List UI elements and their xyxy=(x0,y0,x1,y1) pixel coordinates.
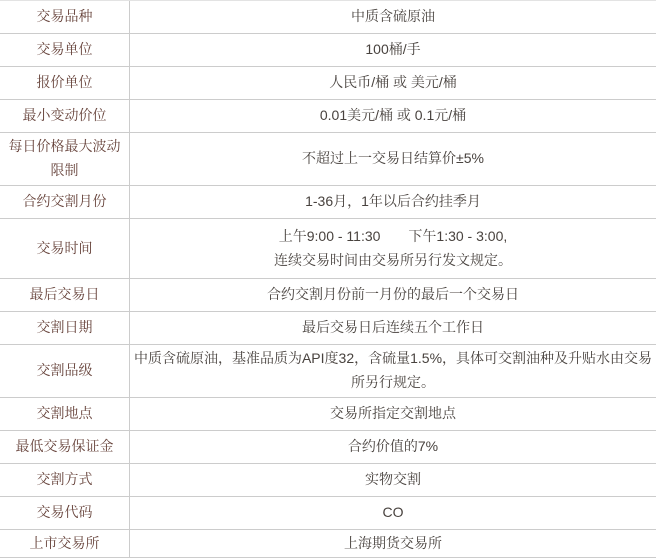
table-row: 报价单位 人民币/桶 或 美元/桶 xyxy=(0,67,656,100)
row-value: 上海期货交易所 xyxy=(130,530,656,557)
row-label: 交割方式 xyxy=(0,464,130,496)
row-label: 上市交易所 xyxy=(0,530,130,557)
row-label: 交易时间 xyxy=(0,219,130,278)
row-value: 交易所指定交割地点 xyxy=(130,398,656,430)
table-row: 交易品种 中质含硫原油 xyxy=(0,1,656,34)
row-label: 交易单位 xyxy=(0,34,130,66)
table-row: 交易代码 CO xyxy=(0,497,656,530)
table-row: 交割地点 交易所指定交割地点 xyxy=(0,398,656,431)
row-label: 最低交易保证金 xyxy=(0,431,130,463)
table-row: 最低交易保证金 合约价值的7% xyxy=(0,431,656,464)
row-value: 0.01美元/桶 或 0.1元/桶 xyxy=(130,100,656,132)
row-label: 交易品种 xyxy=(0,1,130,33)
row-value: 合约价值的7% xyxy=(130,431,656,463)
row-label: 报价单位 xyxy=(0,67,130,99)
row-value: 1-36月，1年以后合约挂季月 xyxy=(130,186,656,218)
row-value: 人民币/桶 或 美元/桶 xyxy=(130,67,656,99)
contract-spec-page: 交易品种 中质含硫原油 交易单位 100桶/手 报价单位 人民币/桶 或 美元/… xyxy=(0,0,656,559)
table-row: 最小变动价位 0.01美元/桶 或 0.1元/桶 xyxy=(0,100,656,133)
table-row: 交易单位 100桶/手 xyxy=(0,34,656,67)
table-row: 交割日期 最后交易日后连续五个工作日 xyxy=(0,312,656,345)
row-value: 合约交割月份前一月份的最后一个交易日 xyxy=(130,279,656,311)
row-label: 交易代码 xyxy=(0,497,130,529)
row-label: 每日价格最大波动 限制 xyxy=(0,133,130,185)
table-row: 最后交易日 合约交割月份前一月份的最后一个交易日 xyxy=(0,279,656,312)
row-label: 最小变动价位 xyxy=(0,100,130,132)
row-label: 交割日期 xyxy=(0,312,130,344)
table-row: 交割品级 中质含硫原油，基准品质为API度32，含硫量1.5%，具体可交割油种及… xyxy=(0,345,656,398)
row-value: 实物交割 xyxy=(130,464,656,496)
spec-table: 交易品种 中质含硫原油 交易单位 100桶/手 报价单位 人民币/桶 或 美元/… xyxy=(0,0,656,558)
table-row: 交易时间 上午9:00 - 11:30 下午1:30 - 3:00, 连续交易时… xyxy=(0,219,656,279)
table-row: 合约交割月份 1-36月，1年以后合约挂季月 xyxy=(0,186,656,219)
table-row: 交割方式 实物交割 xyxy=(0,464,656,497)
row-value: 不超过上一交易日结算价±5% xyxy=(130,133,656,185)
row-value: CO xyxy=(130,497,656,529)
row-label: 交割地点 xyxy=(0,398,130,430)
table-row: 上市交易所 上海期货交易所 xyxy=(0,530,656,558)
row-value: 100桶/手 xyxy=(130,34,656,66)
row-value: 最后交易日后连续五个工作日 xyxy=(130,312,656,344)
row-value: 上午9:00 - 11:30 下午1:30 - 3:00, 连续交易时间由交易所… xyxy=(130,219,656,278)
row-label: 最后交易日 xyxy=(0,279,130,311)
table-row: 每日价格最大波动 限制 不超过上一交易日结算价±5% xyxy=(0,133,656,186)
row-label: 交割品级 xyxy=(0,345,130,397)
row-label: 合约交割月份 xyxy=(0,186,130,218)
row-value: 中质含硫原油，基准品质为API度32，含硫量1.5%，具体可交割油种及升贴水由交… xyxy=(130,345,656,397)
row-value: 中质含硫原油 xyxy=(130,1,656,33)
